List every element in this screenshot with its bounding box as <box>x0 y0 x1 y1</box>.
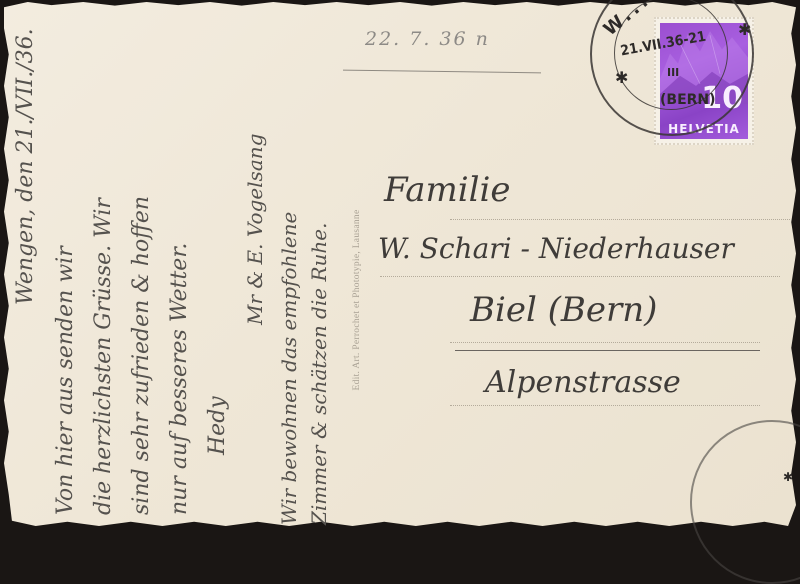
postscript-name: Mr & E. Vogelsang <box>243 134 267 325</box>
address-dotted-line-4 <box>450 405 760 406</box>
message-signature: Hedy <box>205 396 230 455</box>
star-icon: ✱ <box>615 68 628 87</box>
address-line-1: Familie <box>384 170 511 210</box>
postscript-line-2: Zimmer & schätzen die Ruhe. <box>307 223 331 525</box>
postmark-region: (BERN) <box>660 92 716 108</box>
message-line-2: die herzlichsten Grüsse. Wir <box>91 198 116 515</box>
address-underline <box>455 350 760 351</box>
handwritten-message: Wengen, den 21./VII./36. Von hier aus se… <box>5 15 335 515</box>
message-line-4: nur auf besseres Wetter. <box>167 243 192 515</box>
publisher-imprint: Edit. Art. Perrochet et Phototypie, Laus… <box>352 210 362 391</box>
address-line-3: Biel (Bern) <box>470 290 657 330</box>
address-line-2: W. Schari - Niederhauser <box>378 232 734 265</box>
postscript-line-1: Wir bewohnen das empfohlene <box>277 212 301 525</box>
address-dotted-line-1 <box>450 219 790 220</box>
address-dotted-line-3 <box>450 342 760 343</box>
address-dotted-line-2 <box>380 276 780 277</box>
postcard: 22. 7. 36 n Edit. Art. Perrochet et Phot… <box>0 0 800 532</box>
message-line-3: sind sehr zufrieden & hoffen <box>129 196 154 515</box>
address-line-4: Alpenstrasse <box>485 365 681 400</box>
message-line-1: Von hier aus senden wir <box>53 246 78 515</box>
postmark-number: III <box>667 66 679 79</box>
pencil-date-note: 22. 7. 36 n <box>365 28 490 50</box>
star-icon: ✱ <box>738 20 751 39</box>
message-dateline: Wengen, den 21./VII./36. <box>13 28 38 305</box>
star-icon: ✱ <box>783 470 793 484</box>
